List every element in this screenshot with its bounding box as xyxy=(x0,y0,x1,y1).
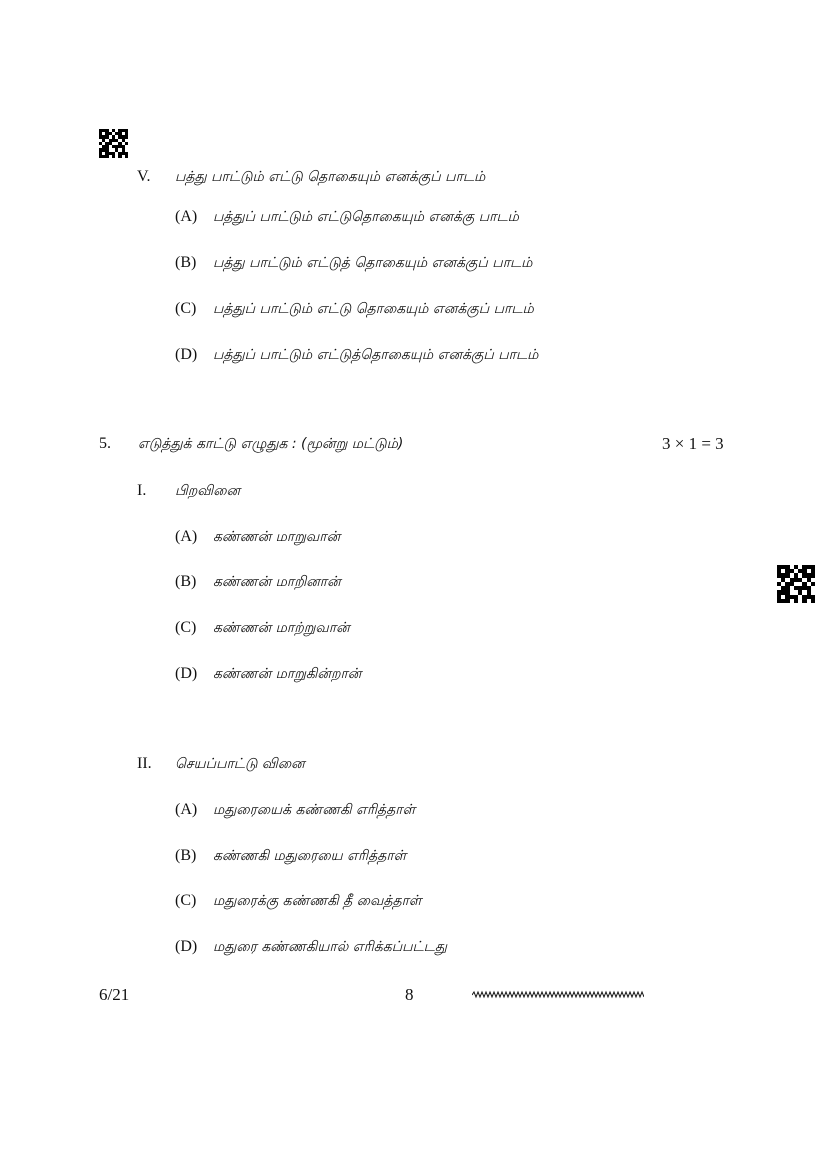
question-v-prompt: பத்து பாட்டும் எட்டு தொகையும் எனக்குப் ப… xyxy=(175,169,485,187)
option-label: (D) xyxy=(175,346,197,364)
paper-code: 6/21 xyxy=(99,985,129,1005)
option-text: கண்ணன் மாறுகின்றான் xyxy=(213,666,361,684)
option-text: மதுரையைக் கண்ணகி எரித்தாள் xyxy=(213,802,415,820)
qr-code-icon xyxy=(777,565,815,603)
option-label: (B) xyxy=(175,254,196,272)
option-label: (A) xyxy=(175,208,197,226)
question-5-prompt: எடுத்துக் காட்டு எழுதுக : (மூன்று மட்டும… xyxy=(138,436,403,454)
option-label: (C) xyxy=(175,300,196,318)
option-label: (B) xyxy=(175,573,196,591)
option-label: (D) xyxy=(175,665,197,683)
option-text: பத்துப் பாட்டும் எட்டுத்தொகையும் எனக்குப… xyxy=(213,347,538,365)
qr-code-icon xyxy=(99,129,128,158)
option-text: கண்ணன் மாறுவான் xyxy=(213,529,340,547)
page-number: 8 xyxy=(405,985,414,1005)
option-text: கண்ணன் மாற்றுவான் xyxy=(213,620,350,638)
option-text: பத்து பாட்டும் எட்டுத் தொகையும் எனக்குப்… xyxy=(213,255,532,273)
option-text: மதுரைக்கு கண்ணகி தீ வைத்தாள் xyxy=(213,893,422,911)
part-ii-title: செயப்பாட்டு வினை xyxy=(175,756,305,774)
option-label: (B) xyxy=(175,847,196,865)
option-text: கண்ணன் மாறினான் xyxy=(213,574,341,592)
option-label: (D) xyxy=(175,938,197,956)
part-ii-number: II. xyxy=(137,755,152,773)
part-i-number: I. xyxy=(137,482,146,500)
option-label: (A) xyxy=(175,528,197,546)
option-label: (A) xyxy=(175,801,197,819)
option-text: பத்துப் பாட்டும் எட்டு தொகையும் எனக்குப்… xyxy=(213,301,534,319)
option-text: மதுரை கண்ணகியால் எரிக்கப்பட்டது xyxy=(213,939,447,957)
option-text: கண்ணகி மதுரையை எரித்தாள் xyxy=(213,848,406,866)
part-i-title: பிறவினை xyxy=(175,483,240,501)
option-label: (C) xyxy=(175,892,196,910)
option-text: பத்துப் பாட்டும் எட்டுதொகையும் எனக்கு பா… xyxy=(213,209,519,227)
question-v-number: V. xyxy=(137,168,151,186)
option-label: (C) xyxy=(175,619,196,637)
marks-allocation: 3 × 1 = 3 xyxy=(662,434,724,454)
question-5-number: 5. xyxy=(99,435,111,453)
wavy-line-decoration xyxy=(472,990,644,1000)
